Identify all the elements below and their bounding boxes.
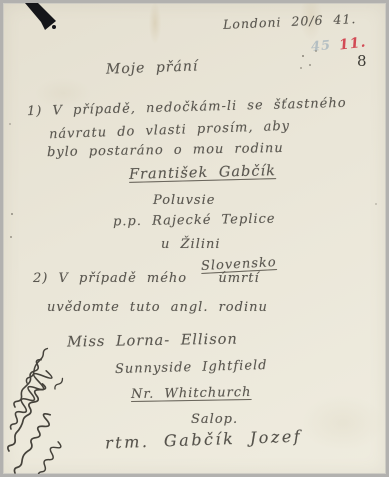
page-number: 8 (357, 52, 367, 70)
address1-line3: p.p. Rajecké Teplice (113, 212, 276, 230)
signature: rtm. Gabčík Jozef (105, 427, 303, 453)
paragraph1-line3: bylo postaráno o mou rodinu (47, 141, 284, 160)
address1-name: František Gabčík (129, 163, 276, 183)
inserted-word-slovensko: Slovensko (201, 256, 277, 274)
paragraph2-lead: 2) V případě mého (33, 271, 187, 286)
address1-line4: u Žilini (161, 237, 221, 252)
scanned-letter: Londoni 20/6 41. 45 11. 8 Moje přání 1) … (0, 0, 389, 477)
archival-number-red: 11. (338, 34, 367, 53)
paragraph1-line2: návratu do vlasti prosím, aby (49, 119, 290, 142)
paragraph2-line2: uvědomte tuto angl. rodinu (47, 300, 268, 315)
paragraph2-lead-row: 2) V případě méhoSlovenskoúmrtí (33, 271, 277, 286)
insertion-stack: Slovenskoúmrtí (201, 258, 277, 285)
address2-line4: Salop. (191, 412, 238, 427)
word-below-insertion: úmrtí (218, 272, 259, 286)
letter-title: Moje přání (106, 58, 199, 77)
dateline: Londoni 20/6 41. (223, 11, 357, 32)
ink-corner-mark (3, 3, 83, 43)
paper-speckles (3, 3, 5, 5)
address2-line3: Nr. Whitchurch (131, 385, 252, 402)
address2-line2: Sunnyside Ightfield (115, 358, 268, 377)
address1-line2: Poluvsie (153, 193, 215, 208)
margin-note-scribbles (3, 331, 133, 474)
paragraph1-line1: 1) V případě, nedočkám-li se šťastného (27, 96, 347, 119)
letter-paper: Londoni 20/6 41. 45 11. 8 Moje přání 1) … (3, 3, 386, 474)
archival-number-faded: 45 (310, 38, 331, 55)
